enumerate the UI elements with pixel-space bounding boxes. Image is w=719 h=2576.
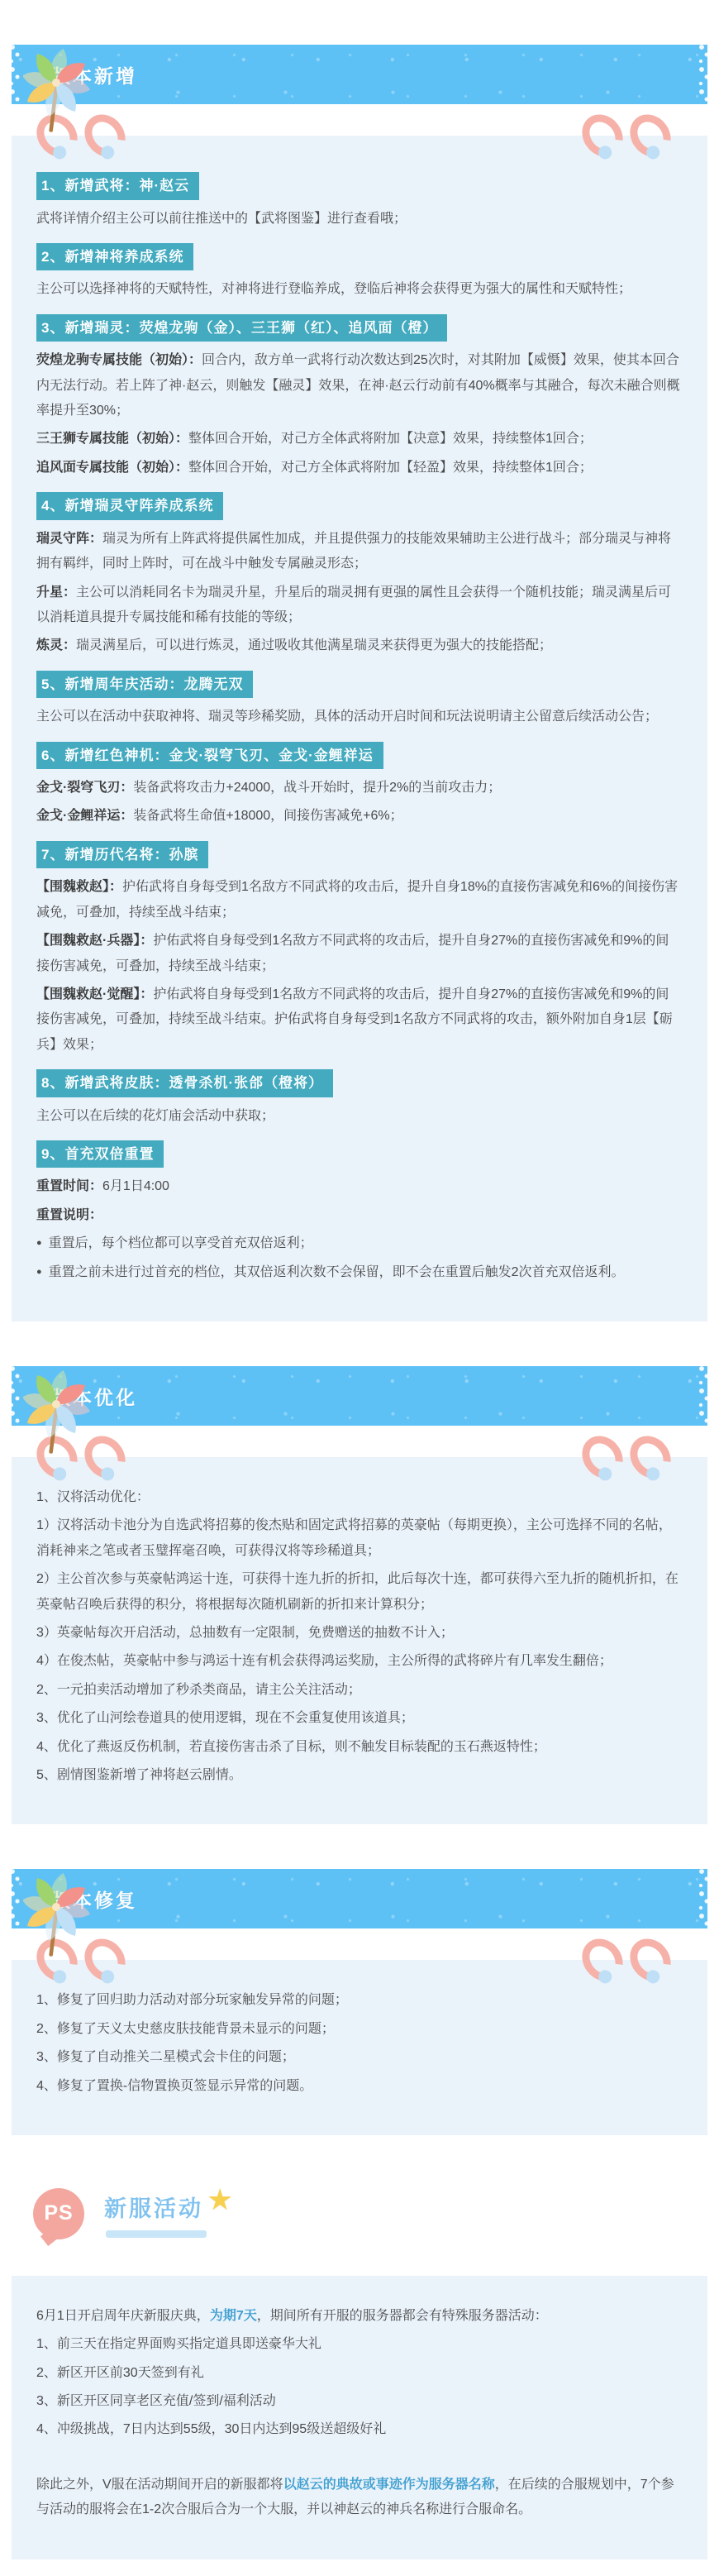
quote-dot: [598, 1971, 612, 1984]
paragraph: 2、新区开区前30天签到有礼: [36, 2361, 681, 2386]
quote-dot: [598, 146, 612, 159]
paragraph-text: 2、一元拍卖活动增加了秒杀类商品，请主公关注活动；: [36, 1683, 361, 1697]
paragraph-text: 6月1日开启周年庆新服庆典，: [36, 2309, 210, 2323]
paragraph-lead: 瑞灵守阵：: [36, 532, 102, 546]
paragraph-text: 装备武将生命值+18000，间接伤害减免+6%；: [133, 809, 402, 823]
paragraph-text: 1、汉将活动优化：: [36, 1490, 150, 1504]
paragraph: 4、修复了置换-信物置换页签显示异常的问题。: [36, 2074, 681, 2099]
quote-mark-icon: [621, 107, 679, 165]
pinwheel-icon: [23, 48, 91, 137]
quote-dot: [53, 1467, 66, 1480]
quote-mark-icon: [574, 1931, 631, 1990]
paragraph: 1、修复了回归助力活动对部分玩家触发异常的问题；: [36, 1988, 681, 2013]
quote-decoration: [583, 1938, 679, 1982]
paragraph-text: 1、前三天在指定界面购买指定道具即送豪华大礼: [36, 2337, 321, 2351]
paragraph: 荧煌龙驹专属技能（初始）：回合内，敌方单一武将行动次数达到25次时，对其附加【威…: [36, 348, 681, 423]
highlight-text: 为期7天: [210, 2309, 257, 2323]
quote-dot: [53, 1971, 66, 1984]
paragraph-text: 主公可以选择神将的天赋特性，对神将进行登临养成，登临后神将会获得更为强大的属性和…: [36, 282, 631, 296]
section-title: 新服活动: [104, 2196, 203, 2221]
paragraph-text: 装备武将攻击力+24000，战斗开始时，提升2%的当前攻击力；: [133, 781, 501, 795]
paragraph-text: 4）在俊杰帖，英豪帖中参与鸿运十连有机会获得鸿运奖励，主公所得的武将碎片有几率发…: [36, 1654, 612, 1668]
bullet-icon: ●: [36, 1238, 42, 1248]
subsection-header: 9、首充双倍重置: [36, 1140, 164, 1169]
paragraph: 4、冲级挑战，7日内达到55级，30日内达到95级送超级好礼: [36, 2417, 681, 2442]
paragraph: 5、剧情图鉴新增了神将赵云剧情。: [36, 1763, 681, 1788]
section-banner: 版本新增: [12, 45, 707, 104]
paragraph-lead: 重置说明：: [36, 1208, 102, 1222]
paragraph-text: 重置后，每个档位都可以享受首充双倍返利；: [49, 1236, 313, 1250]
paragraph: 6月1日开启周年庆新服庆典，为期7天，期间所有开服的服务器都会有特殊服务器活动：: [36, 2304, 681, 2329]
paragraph-lead: 金戈·金鲤祥运：: [36, 809, 133, 823]
paragraph: 三王狮专属技能（初始）：整体回合开始，对己方全体武将附加【决意】效果，持续整体1…: [36, 427, 681, 452]
quote-mark-icon: [621, 1428, 679, 1487]
paragraph: 主公可以在后续的花灯庙会活动中获取；: [36, 1104, 681, 1129]
section-panel: 6月1日开启周年庆新服庆典，为期7天，期间所有开服的服务器都会有特殊服务器活动：…: [12, 2276, 707, 2559]
paragraph-text: 1）汉将活动卡池分为自选武将招募的俊杰贴和固定武将招募的英豪帖（每期更换），主公…: [36, 1518, 672, 1557]
paragraph: 3、优化了山河绘卷道具的使用逻辑，现在不会重复使用该道具；: [36, 1706, 681, 1731]
quote-dot: [53, 146, 66, 159]
quote-dot: [646, 146, 659, 159]
subsection-header: 2、新增神将养成系统: [36, 243, 193, 271]
ps-badge: PS: [33, 2188, 84, 2239]
paragraph-lead: 【围魏救赵·觉醒】：: [36, 987, 153, 1001]
bullet-item: ●重置后，每个档位都可以享受首充双倍返利；: [36, 1231, 681, 1256]
paragraph-text: 除此之外，V服在活动期间开启的新服都将: [36, 2478, 283, 2492]
paragraph-text: 3）英豪帖每次开启活动，总抽数有一定限制，免费赠送的抽数不计入；: [36, 1626, 454, 1640]
sections-root: 版本新增1、新增武将：神·赵云武将详情介绍主公可以前往推送中的【武将图鉴】进行查…: [0, 45, 719, 2559]
ps-badge-tail: [40, 2229, 58, 2246]
quote-dot: [646, 1467, 659, 1480]
paragraph: 【围魏救赵】：护佑武将自身每受到1名敌方不同武将的攻击后，提升自身18%的直接伤…: [36, 875, 681, 925]
paragraph-text: ，期间所有开服的服务器都会有特殊服务器活动：: [257, 2309, 548, 2323]
quote-dot: [646, 1971, 659, 1984]
paragraph-lead: 金戈·裂穹飞刃：: [36, 781, 133, 795]
pinwheel-icon: [23, 1872, 91, 1962]
quote-dot: [101, 1467, 114, 1480]
paragraph-text: 主公可以在后续的花灯庙会活动中获取；: [36, 1109, 274, 1123]
subsection-header: 1、新增武将：神·赵云: [36, 172, 199, 200]
bullet-icon: ●: [36, 1267, 42, 1277]
paragraph-text: 整体回合开始，对己方全体武将附加【决意】效果，持续整体1回合；: [188, 432, 593, 446]
paragraph-gap: [36, 2446, 681, 2469]
paragraph-text: 4、优化了燕返反伤机制，若直接伤害击杀了目标，则不触发目标装配的玉石燕返特性；: [36, 1740, 546, 1754]
subsection-header: 6、新增红色神机：金戈·裂穹飞刃、金戈·金鲤祥运: [36, 742, 383, 770]
pinwheel-icon: [23, 1369, 91, 1459]
paragraph: 3、新区开区同享老区充值/签到/福利活动: [36, 2389, 681, 2414]
subsection-header: 7、新增历代名将：孙膑: [36, 841, 208, 869]
paragraph-text: 整体回合开始，对己方全体武将附加【轻盈】效果，持续整体1回合；: [188, 461, 593, 475]
paragraph-lead: 升星：: [36, 585, 76, 600]
quote-decoration: [583, 113, 679, 158]
paragraph-lead: 【围魏救赵·兵器】：: [36, 934, 153, 948]
paragraph-text: 4、冲级挑战，7日内达到55级，30日内达到95级送超级好礼: [36, 2422, 386, 2436]
paragraph: 【围魏救赵·兵器】：护佑武将自身每受到1名敌方不同武将的攻击后，提升自身27%的…: [36, 929, 681, 979]
section-version-new: 版本新增1、新增武将：神·赵云武将详情介绍主公可以前往推送中的【武将图鉴】进行查…: [0, 45, 719, 1321]
section-panel: 1、修复了回归助力活动对部分玩家触发异常的问题；2、修复了天义太史慈皮肤技能背景…: [12, 1960, 707, 2135]
paragraph-text: 主公可以消耗同名卡为瑞灵升星，升星后的瑞灵拥有更强的属性且会获得一个随机技能；瑞…: [36, 585, 671, 624]
paragraph: 主公可以选择神将的天赋特性，对神将进行登临养成，登临后神将会获得更为强大的属性和…: [36, 277, 681, 302]
paragraph: 金戈·金鲤祥运：装备武将生命值+18000，间接伤害减免+6%；: [36, 804, 681, 829]
section-panel: 1、汉将活动优化：1）汉将活动卡池分为自选武将招募的俊杰贴和固定武将招募的英豪帖…: [12, 1457, 707, 1824]
paragraph: 炼灵：瑞灵满星后，可以进行炼灵，通过吸收其他满星瑞灵来获得更为强大的技能搭配；: [36, 633, 681, 658]
paragraph-text: 3、修复了自动推关二星模式会卡住的问题；: [36, 2050, 295, 2064]
paragraph-text: 3、新区开区同享老区充值/签到/福利活动: [36, 2394, 276, 2408]
paragraph: 瑞灵守阵：瑞灵为所有上阵武将提供属性加成，并且提供强力的技能效果辅助主公进行战斗…: [36, 527, 681, 577]
paragraph-text: 2、新区开区前30天签到有礼: [36, 2366, 204, 2380]
bullet-item: ●重置之前未进行过首充的档位，其双倍返利次数不会保留，即不会在重置后触发2次首充…: [36, 1260, 681, 1285]
section-banner: 版本修复: [12, 1869, 707, 1928]
paragraph: 2、修复了天义太史慈皮肤技能背景未显示的问题；: [36, 2017, 681, 2042]
section-title-wrap: 新服活动: [104, 2191, 203, 2236]
paragraph-lead: 追风面专属技能（初始）：: [36, 461, 188, 475]
paragraph-text: 瑞灵为所有上阵武将提供属性加成，并且提供强力的技能效果辅助主公进行战斗；部分瑞灵…: [36, 532, 671, 571]
paragraph-lead: 【围魏救赵】：: [36, 880, 122, 894]
quote-dot: [598, 1467, 612, 1480]
quote-dot: [101, 146, 114, 159]
subsection-header: 8、新增武将皮肤：透骨杀机·张郃（橙将）: [36, 1069, 333, 1097]
paragraph-lead: 三王狮专属技能（初始）：: [36, 432, 188, 446]
paragraph: 追风面专属技能（初始）：整体回合开始，对己方全体武将附加【轻盈】效果，持续整体1…: [36, 456, 681, 480]
paragraph: 2、一元拍卖活动增加了秒杀类商品，请主公关注活动；: [36, 1678, 681, 1703]
paragraph: 1）汉将活动卡池分为自选武将招募的俊杰贴和固定武将招募的英豪帖（每期更换），主公…: [36, 1513, 681, 1564]
paragraph-text: 5、剧情图鉴新增了神将赵云剧情。: [36, 1768, 242, 1782]
patch-notes-page: 版本新增1、新增武将：神·赵云武将详情介绍主公可以前往推送中的【武将图鉴】进行查…: [0, 45, 719, 2576]
quote-decoration: [583, 1435, 679, 1479]
quote-dot: [101, 1971, 114, 1984]
paragraph: 4）在俊杰帖，英豪帖中参与鸿运十连有机会获得鸿运奖励，主公所得的武将碎片有几率发…: [36, 1649, 681, 1674]
paragraph-lead: 荧煌龙驹专属技能（初始）：: [36, 353, 202, 367]
paragraph-text: 重置之前未进行过首充的档位，其双倍返利次数不会保留，即不会在重置后触发2次首充双…: [49, 1265, 625, 1279]
quote-mark-icon: [621, 1931, 679, 1990]
paragraph-text: 2）主公首次参与英豪帖鸿运十连，可获得十连九折的折扣，此后每次十连，都可获得六至…: [36, 1572, 679, 1611]
quote-mark-icon: [574, 1428, 631, 1487]
paragraph-lead: 重置时间：: [36, 1179, 102, 1193]
title-underline: [106, 2230, 207, 2238]
paragraph: 1、汉将活动优化：: [36, 1485, 681, 1510]
paragraph: 2）主公首次参与英豪帖鸿运十连，可获得十连九折的折扣，此后每次十连，都可获得六至…: [36, 1567, 681, 1618]
section-version-optimize: 版本优化1、汉将活动优化：1）汉将活动卡池分为自选武将招募的俊杰贴和固定武将招募…: [0, 1366, 719, 1824]
ps-section-header: PS新服活动★: [12, 2183, 707, 2244]
section-banner: 版本优化: [12, 1366, 707, 1426]
paragraph: 4、优化了燕返反伤机制，若直接伤害击杀了目标，则不触发目标装配的玉石燕返特性；: [36, 1735, 681, 1760]
paragraph: 升星：主公可以消耗同名卡为瑞灵升星，升星后的瑞灵拥有更强的属性且会获得一个随机技…: [36, 581, 681, 631]
section-version-fix: 版本修复1、修复了回归助力活动对部分玩家触发异常的问题；2、修复了天义太史慈皮肤…: [0, 1869, 719, 2135]
paragraph-text: 护佑武将自身每受到1名敌方不同武将的攻击后，提升自身18%的直接伤害减免和6%的…: [36, 880, 678, 919]
paragraph: 【围魏救赵·觉醒】：护佑武将自身每受到1名敌方不同武将的攻击后，提升自身27%的…: [36, 982, 681, 1058]
paragraph-text: 武将详情介绍主公可以前往推送中的【武将图鉴】进行查看哦；: [36, 212, 407, 226]
paragraph: 主公可以在活动中获取神将、瑞灵等珍稀奖励，具体的活动开启时间和玩法说明请主公留意…: [36, 705, 681, 729]
paragraph-lead: 炼灵：: [36, 638, 76, 652]
paragraph: 3）英豪帖每次开启活动，总抽数有一定限制，免费赠送的抽数不计入；: [36, 1621, 681, 1646]
paragraph-text: 6月1日4:00: [102, 1179, 169, 1193]
highlight-text: 以赵云的典故或事迹作为服务器名称: [283, 2478, 495, 2492]
paragraph: 金戈·裂穹飞刃：装备武将攻击力+24000，战斗开始时，提升2%的当前攻击力；: [36, 776, 681, 801]
subsection-header: 5、新增周年庆活动：龙腾无双: [36, 671, 253, 699]
paragraph: 重置时间：6月1日4:00: [36, 1174, 681, 1199]
subsection-header: 3、新增瑞灵：荧煌龙驹（金）、三王狮（红）、追风面（橙）: [36, 314, 447, 342]
paragraph-text: 瑞灵满星后，可以进行炼灵，通过吸收其他满星瑞灵来获得更为强大的技能搭配；: [76, 638, 552, 652]
paragraph: 除此之外，V服在活动期间开启的新服都将以赵云的典故或事迹作为服务器名称，在后续的…: [36, 2473, 681, 2523]
subsection-header: 4、新增瑞灵守阵养成系统: [36, 492, 223, 520]
ps-badge-label: PS: [44, 2201, 73, 2225]
paragraph-text: 1、修复了回归助力活动对部分玩家触发异常的问题；: [36, 1993, 348, 2007]
paragraph-text: 主公可以在活动中获取神将、瑞灵等珍稀奖励，具体的活动开启时间和玩法说明请主公留意…: [36, 710, 658, 724]
section-panel: 1、新增武将：神·赵云武将详情介绍主公可以前往推送中的【武将图鉴】进行查看哦；2…: [12, 136, 707, 1321]
section-new-server-events: PS新服活动★6月1日开启周年庆新服庆典，为期7天，期间所有开服的服务器都会有特…: [0, 2183, 719, 2559]
paragraph-text: 3、优化了山河绘卷道具的使用逻辑，现在不会重复使用该道具；: [36, 1711, 414, 1725]
paragraph-text: 4、修复了置换-信物置换页签显示异常的问题。: [36, 2079, 312, 2093]
paragraph-text: 2、修复了天义太史慈皮肤技能背景未显示的问题；: [36, 2022, 335, 2036]
quote-mark-icon: [574, 107, 631, 165]
paragraph: 重置说明：: [36, 1203, 681, 1228]
paragraph: 武将详情介绍主公可以前往推送中的【武将图鉴】进行查看哦；: [36, 207, 681, 232]
star-icon: ★: [207, 2185, 233, 2215]
paragraph: 1、前三天在指定界面购买指定道具即送豪华大礼: [36, 2332, 681, 2357]
paragraph: 3、修复了自动推关二星模式会卡住的问题；: [36, 2045, 681, 2070]
